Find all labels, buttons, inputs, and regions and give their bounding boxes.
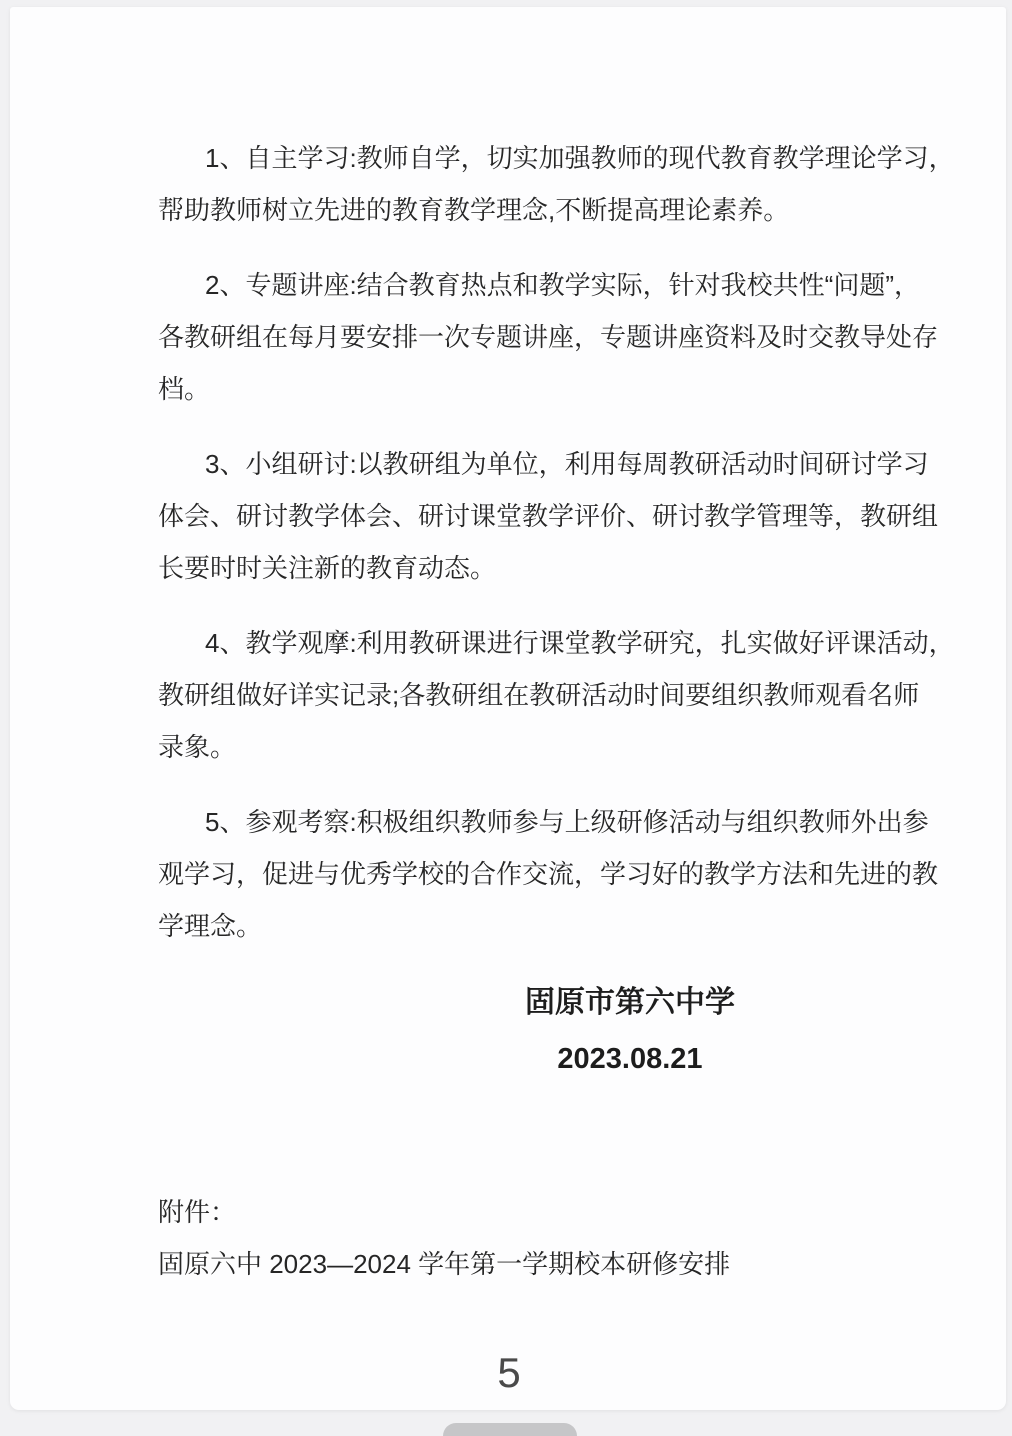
next-page-peek <box>443 1423 577 1436</box>
paragraph-3-group-discussion: 3、小组研讨:以教研组为单位，利用每周教研活动时间研讨学习 体会、研讨教学体会、… <box>158 438 958 594</box>
signature-date: 2023.08.21 <box>380 1031 880 1087</box>
document-viewer-background: 1、自主学习:教师自学，切实加强教师的现代教育教学理论学习， 帮助教师树立先进的… <box>0 0 1012 1436</box>
paragraph-5-visits: 5、参观考察:积极组织教师参与上级研修活动与组织教师外出参 观学习，促进与优秀学… <box>158 796 958 952</box>
signature-school-name: 固原市第六中学 <box>380 975 880 1031</box>
page-number: 5 <box>158 1351 860 1395</box>
paragraph-2-lectures: 2、专题讲座:结合教育热点和教学实际，针对我校共性“问题”， 各教研组在每月要安… <box>158 259 958 415</box>
attachment-label: 附件： <box>158 1186 958 1238</box>
paragraph-4-teaching-observation: 4、教学观摩:利用教研课进行课堂教学研究，扎实做好评课活动， 教研组做好详实记录… <box>158 617 958 773</box>
attachment-title: 固原六中 2023—2024 学年第一学期校本研修安排 <box>158 1238 958 1290</box>
document-content: 1、自主学习:教师自学，切实加强教师的现代教育教学理论学习， 帮助教师树立先进的… <box>10 7 958 1395</box>
document-page: 1、自主学习:教师自学，切实加强教师的现代教育教学理论学习， 帮助教师树立先进的… <box>10 7 1006 1410</box>
paragraph-1-self-study: 1、自主学习:教师自学，切实加强教师的现代教育教学理论学习， 帮助教师树立先进的… <box>158 132 958 236</box>
signature-block: 固原市第六中学 2023.08.21 <box>380 975 880 1087</box>
attachment-section: 附件： 固原六中 2023—2024 学年第一学期校本研修安排 <box>158 1186 958 1290</box>
